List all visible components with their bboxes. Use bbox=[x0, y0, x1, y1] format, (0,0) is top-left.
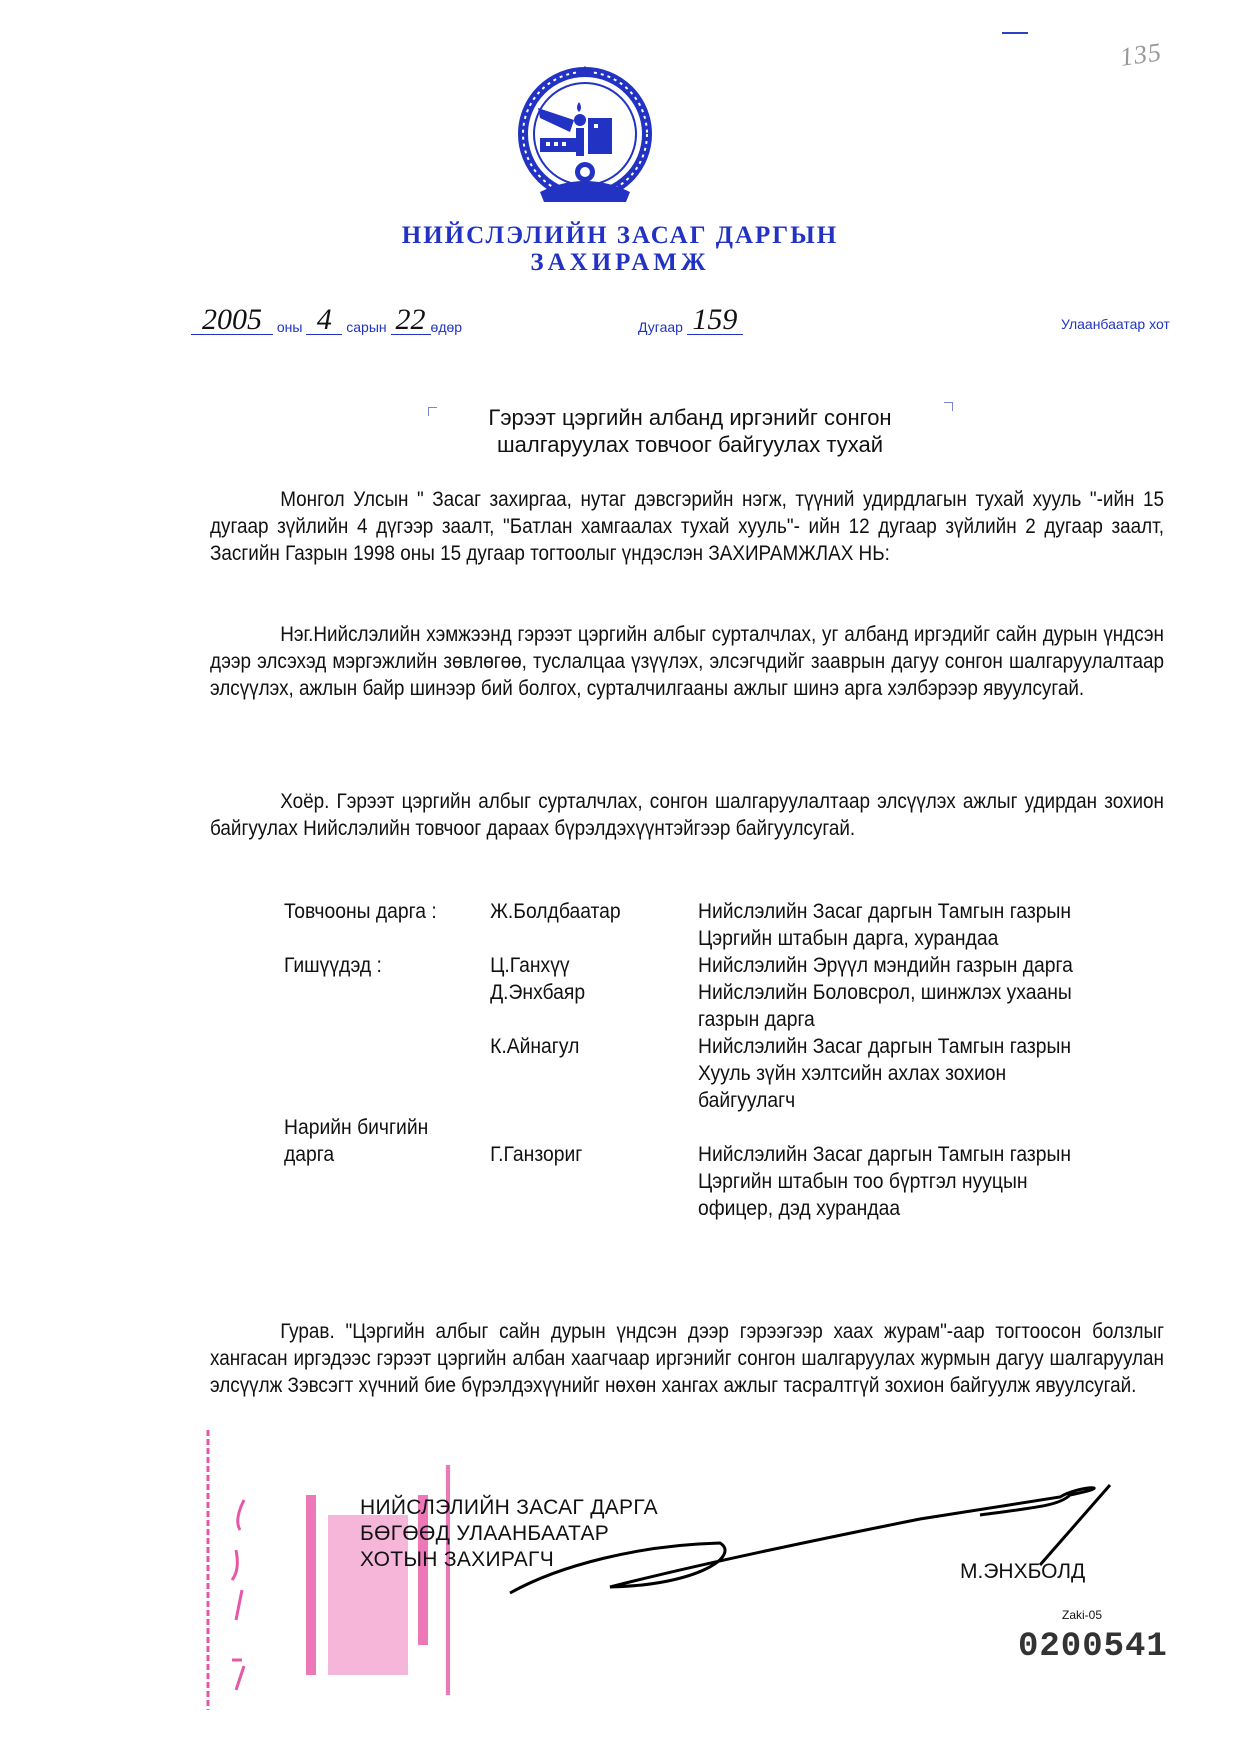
table-row: К.Айнагул Нийслэлийн Засаг даргын Тамгын… bbox=[284, 1033, 1112, 1114]
form-code: Zaki-05 bbox=[1062, 1608, 1102, 1622]
number-label: Дугаар bbox=[638, 319, 683, 335]
blue-mark bbox=[1002, 32, 1028, 34]
clause-one: Нэг.Нийслэлийн хэмжээнд гэрээт цэргийн а… bbox=[210, 621, 1164, 702]
place: Улаанбаатар хот bbox=[1061, 316, 1170, 332]
number-value: 159 bbox=[687, 306, 743, 335]
subject-line1: Гэрээт цэргийн албанд иргэнийг сонгон bbox=[430, 404, 950, 431]
issuer-title-line1: НИЙСЛЭЛИЙН ЗАСАГ ДАРГЫН bbox=[0, 222, 1240, 249]
table-row: Гишүүдэд : Ц.Ганхүү Нийслэлийн Эрүүл мэн… bbox=[284, 952, 1112, 979]
number-field: Дугаар 159 bbox=[638, 306, 743, 335]
table-row: Д.Энхбаяр Нийслэлийн Боловсрол, шинжлэх … bbox=[284, 979, 1112, 1033]
date-field: 2005 оны 4 сарын 22өдөр bbox=[191, 306, 462, 335]
official-seal-icon bbox=[306, 1455, 454, 1695]
day-value: 22 bbox=[391, 306, 431, 335]
table-row: Нарийн бичгийн дарга Г.Ганзориг Нийслэли… bbox=[284, 1114, 1112, 1222]
month-label: сарын bbox=[346, 319, 386, 335]
preamble: Монгол Улсын " Засаг захиргаа, нутаг дэв… bbox=[210, 486, 1164, 567]
clause-two: Хоёр. Гэрээт цэргийн албыг сурталчлах, с… bbox=[210, 788, 1164, 842]
year-value: 2005 bbox=[191, 306, 273, 335]
day-label: өдөр bbox=[431, 319, 463, 335]
handwritten-page-number: 135 bbox=[1118, 37, 1164, 73]
year-label: оны bbox=[277, 319, 303, 335]
month-value: 4 bbox=[306, 306, 342, 335]
composition-table: Товчооны дарга : Ж.Болдбаатар Нийслэлийн… bbox=[284, 898, 1112, 1222]
table-row: Товчооны дарга : Ж.Болдбаатар Нийслэлийн… bbox=[284, 898, 1112, 952]
subject-line2: шалгаруулах товчоог байгуулах тухай bbox=[430, 431, 950, 458]
subject: Гэрээт цэргийн албанд иргэнийг сонгон ша… bbox=[430, 404, 950, 458]
clause-three: Гурав. "Цэргийн албыг сайн дурын үндсэн … bbox=[210, 1318, 1164, 1399]
issuer-title: НИЙСЛЭЛИЙН ЗАСАГ ДАРГЫН ЗАХИРАМЖ bbox=[0, 222, 1240, 276]
signer-name: М.ЭНХБОЛД bbox=[960, 1560, 1085, 1584]
document-type-title: ЗАХИРАМЖ bbox=[0, 249, 1240, 276]
state-emblem-icon bbox=[500, 62, 670, 212]
handwritten-signature-icon bbox=[500, 1475, 1130, 1615]
serial-number: 0200541 bbox=[1018, 1628, 1168, 1666]
